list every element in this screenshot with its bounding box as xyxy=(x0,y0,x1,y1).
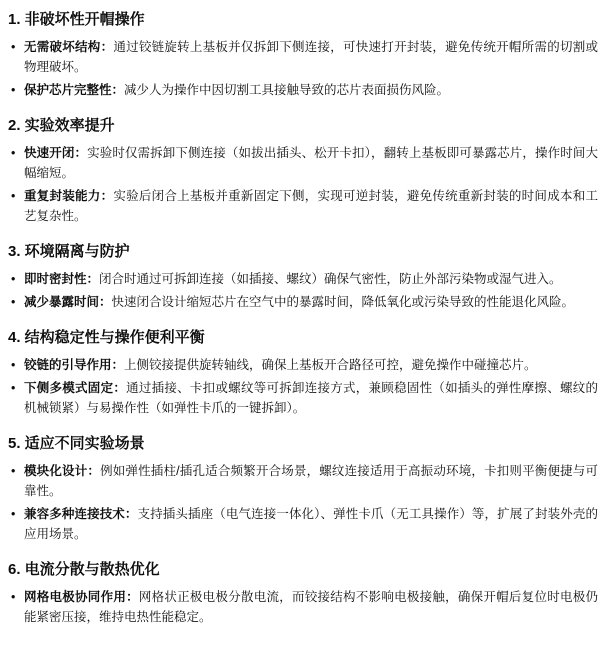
bullet-icon: • xyxy=(11,269,15,289)
bullet-icon: • xyxy=(11,461,15,481)
section-heading: 6. 电流分散与散热优化 xyxy=(8,560,598,580)
bullet-text: 闭合时通过可拆卸连接（如插接、螺纹）确保气密性，防止外部污染物或湿气进入。 xyxy=(99,272,562,286)
list-item: • 下侧多模式固定：通过插接、卡扣或螺纹等可拆卸连接方式，兼顾稳固性（如插头的弹… xyxy=(8,378,598,418)
list-item: • 铰链的引导作用：上侧铰接提供旋转轴线，确保上基板开合路径可控，避免操作中碰撞… xyxy=(8,355,598,375)
document-body: 1. 非破坏性开帽操作 • 无需破坏结构：通过铰链旋转上基板并仅拆卸下侧连接，可… xyxy=(0,0,606,649)
bullet-icon: • xyxy=(11,504,15,524)
section-heading: 5. 适应不同实验场景 xyxy=(8,434,598,454)
section-6: 6. 电流分散与散热优化 • 网格电极协同作用：网格状正极电极分散电流，而铰接结… xyxy=(8,560,598,627)
bullet-text: 实验时仅需拆卸下侧连接（如拔出插头、松开卡扣），翻转上基板即可暴露芯片，操作时间… xyxy=(24,146,598,180)
bullet-text: 减少人为操作中因切割工具接触导致的芯片表面损伤风险。 xyxy=(124,83,449,97)
bullet-label: 即时密封性： xyxy=(24,272,99,286)
list-item: • 网格电极协同作用：网格状正极电极分散电流，而铰接结构不影响电极接触，确保开帽… xyxy=(8,587,598,627)
bullet-icon: • xyxy=(11,143,15,163)
bullet-list: • 模块化设计：例如弹性插柱/插孔适合频繁开合场景，螺纹连接适用于高振动环境，卡… xyxy=(8,461,598,544)
bullet-icon: • xyxy=(11,186,15,206)
bullet-label: 快速开闭： xyxy=(24,146,87,160)
list-item: • 无需破坏结构：通过铰链旋转上基板并仅拆卸下侧连接，可快速打开封装，避免传统开… xyxy=(8,37,598,77)
bullet-list: • 铰链的引导作用：上侧铰接提供旋转轴线，确保上基板开合路径可控，避免操作中碰撞… xyxy=(8,355,598,418)
list-item: • 兼容多种连接技术：支持插头插座（电气连接一体化）、弹性卡爪（无工具操作）等，… xyxy=(8,504,598,544)
bullet-icon: • xyxy=(11,292,15,312)
section-heading: 4. 结构稳定性与操作便利平衡 xyxy=(8,328,598,348)
bullet-label: 兼容多种连接技术： xyxy=(24,507,138,521)
bullet-list: • 网格电极协同作用：网格状正极电极分散电流，而铰接结构不影响电极接触，确保开帽… xyxy=(8,587,598,627)
section-heading: 2. 实验效率提升 xyxy=(8,116,598,136)
bullet-label: 模块化设计： xyxy=(24,464,100,478)
section-heading: 3. 环境隔离与防护 xyxy=(8,242,598,262)
bullet-label: 重复封装能力： xyxy=(24,189,113,203)
bullet-text: 上侧铰接提供旋转轴线，确保上基板开合路径可控，避免操作中碰撞芯片。 xyxy=(124,358,537,372)
list-item: • 模块化设计：例如弹性插柱/插孔适合频繁开合场景，螺纹连接适用于高振动环境，卡… xyxy=(8,461,598,501)
bullet-icon: • xyxy=(11,37,15,57)
bullet-label: 保护芯片完整性： xyxy=(24,83,124,97)
list-item: • 减少暴露时间：快速闭合设计缩短芯片在空气中的暴露时间，降低氧化或污染导致的性… xyxy=(8,292,598,312)
bullet-icon: • xyxy=(11,378,15,398)
bullet-list: • 即时密封性：闭合时通过可拆卸连接（如插接、螺纹）确保气密性，防止外部污染物或… xyxy=(8,269,598,312)
bullet-label: 铰链的引导作用： xyxy=(24,358,124,372)
section-heading: 1. 非破坏性开帽操作 xyxy=(8,10,598,30)
section-4: 4. 结构稳定性与操作便利平衡 • 铰链的引导作用：上侧铰接提供旋转轴线，确保上… xyxy=(8,328,598,418)
list-item: • 即时密封性：闭合时通过可拆卸连接（如插接、螺纹）确保气密性，防止外部污染物或… xyxy=(8,269,598,289)
section-1: 1. 非破坏性开帽操作 • 无需破坏结构：通过铰链旋转上基板并仅拆卸下侧连接，可… xyxy=(8,10,598,100)
list-item: • 保护芯片完整性：减少人为操作中因切割工具接触导致的芯片表面损伤风险。 xyxy=(8,80,598,100)
bullet-label: 网格电极协同作用： xyxy=(24,590,139,604)
list-item: • 快速开闭：实验时仅需拆卸下侧连接（如拔出插头、松开卡扣），翻转上基板即可暴露… xyxy=(8,143,598,183)
list-item: • 重复封装能力：实验后闭合上基板并重新固定下侧，实现可逆封装，避免传统重新封装… xyxy=(8,186,598,226)
bullet-icon: • xyxy=(11,355,15,375)
bullet-icon: • xyxy=(11,80,15,100)
bullet-label: 减少暴露时间： xyxy=(24,295,112,309)
bullet-icon: • xyxy=(11,587,15,607)
bullet-list: • 无需破坏结构：通过铰链旋转上基板并仅拆卸下侧连接，可快速打开封装，避免传统开… xyxy=(8,37,598,100)
section-5: 5. 适应不同实验场景 • 模块化设计：例如弹性插柱/插孔适合频繁开合场景，螺纹… xyxy=(8,434,598,544)
section-2: 2. 实验效率提升 • 快速开闭：实验时仅需拆卸下侧连接（如拔出插头、松开卡扣）… xyxy=(8,116,598,226)
bullet-text: 例如弹性插柱/插孔适合频繁开合场景，螺纹连接适用于高振动环境，卡扣则平衡便捷与可… xyxy=(24,464,598,498)
bullet-text: 快速闭合设计缩短芯片在空气中的暴露时间，降低氧化或污染导致的性能退化风险。 xyxy=(112,295,575,309)
section-3: 3. 环境隔离与防护 • 即时密封性：闭合时通过可拆卸连接（如插接、螺纹）确保气… xyxy=(8,242,598,312)
bullet-label: 下侧多模式固定： xyxy=(24,381,126,395)
bullet-list: • 快速开闭：实验时仅需拆卸下侧连接（如拔出插头、松开卡扣），翻转上基板即可暴露… xyxy=(8,143,598,226)
bullet-label: 无需破坏结构： xyxy=(24,40,113,54)
